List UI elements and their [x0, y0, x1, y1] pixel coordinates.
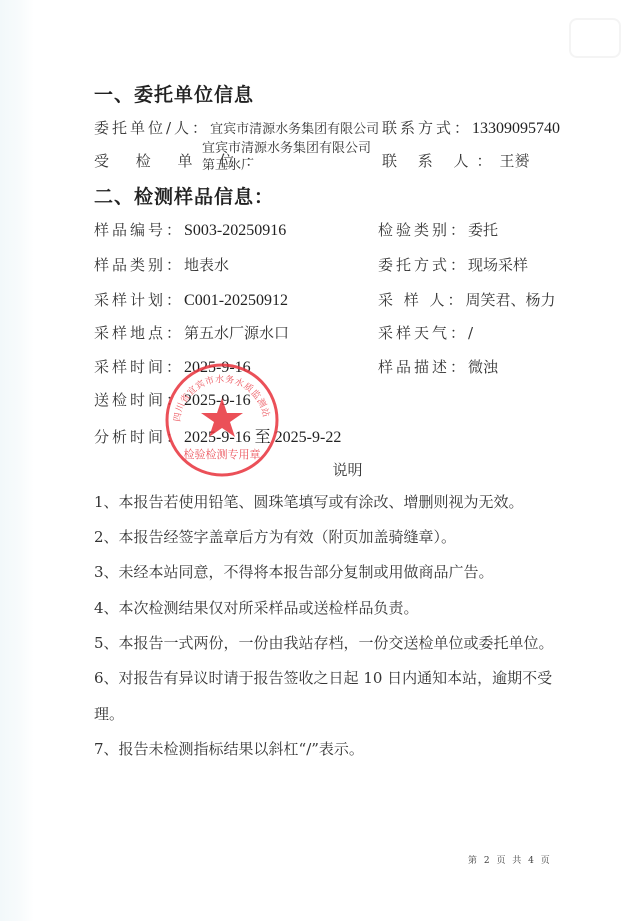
sample-field-left-0: 样品编号：S003-20250916 — [94, 219, 286, 240]
sampling-weather-value: / — [468, 324, 473, 342]
sampler-value: 周笑君、杨力 — [466, 291, 556, 309]
sample-field-right-1: 委托方式：现场采样 — [378, 254, 528, 275]
note-item-1: 1、本报告若使用铅笔、圆珠笔填写或有涂改、增删则视为无效。 — [94, 491, 524, 512]
analysis-time-label: 分析时间： — [94, 428, 184, 446]
contact-person-row: 联 系 人：王赟 — [382, 150, 530, 171]
sample-field-left-2: 采样计划：C001-20250912 — [94, 289, 288, 310]
analysis-time-value: 2025-9-16 至 2025-9-22 — [184, 429, 341, 446]
cma-logo-icon — [569, 18, 621, 58]
inspected-unit-value: 宜宾市清源水务集团有限公司 第五水厂 — [202, 140, 371, 174]
client-row: 委托单位/人：宜宾市清源水务集团有限公司 — [94, 117, 379, 138]
inspected-unit-value-line2: 第五水厂 — [202, 157, 371, 174]
sampling-time-value: 2025-9-16 — [184, 359, 251, 376]
inspection-type-label: 检验类别： — [378, 221, 468, 239]
commission-method-label: 委托方式： — [378, 256, 468, 274]
submission-time-value: 2025-9-16 — [184, 392, 251, 409]
sampling-plan-label: 采样计划： — [94, 291, 184, 309]
sample-type-label: 样品类别： — [94, 256, 184, 274]
sample-field-left-4: 采样时间：2025-9-16 — [94, 356, 251, 377]
contact-person-label: 联 系 人： — [382, 152, 500, 170]
sample-field-left-5: 送检时间：2025-9-16 — [94, 389, 251, 410]
note-item-5: 5、本报告一式两份，一份由我站存档，一份交送检单位或委托单位。 — [94, 632, 554, 653]
note-item-6-continued: 理。 — [94, 703, 124, 724]
contact-person-value: 王赟 — [500, 152, 530, 170]
note-item-4: 4、本次检测结果仅对所采样品或送检样品负责。 — [94, 597, 419, 618]
cma-watermark — [565, 18, 625, 82]
sample-id-value: S003-20250916 — [184, 222, 286, 239]
contact-method-row: 联系方式：13309095740 — [382, 117, 560, 138]
note-item-7: 7、报告未检测指标结果以斜杠“/”表示。 — [94, 738, 364, 759]
page-number: 第 2 页 共 4 页 — [468, 853, 552, 866]
submission-time-label: 送检时间： — [94, 391, 184, 409]
note-item-6: 6、对报告有异议时请于报告签收之日起 10 日内通知本站，逾期不受 — [94, 667, 552, 688]
sample-description-value: 微浊 — [468, 358, 498, 376]
inspection-type-value: 委托 — [468, 221, 498, 239]
client-label: 委托单位/人： — [94, 119, 210, 137]
sampling-location-value: 第五水厂源水口 — [184, 324, 289, 342]
section-heading-client-info: 一、委托单位信息 — [94, 80, 254, 107]
sampler-label: 采 样 人： — [378, 291, 466, 309]
sample-field-right-2: 采 样 人：周笑君、杨力 — [378, 289, 556, 310]
notes-title: 说明 — [26, 459, 643, 480]
sample-field-left-1: 样品类别：地表水 — [94, 254, 229, 275]
client-value: 宜宾市清源水务集团有限公司 — [210, 122, 379, 137]
sample-field-right-0: 检验类别：委托 — [378, 219, 498, 240]
section-heading-sample-info: 二、检测样品信息： — [94, 182, 274, 209]
sampling-weather-label: 采样天气： — [378, 324, 468, 342]
commission-method-value: 现场采样 — [468, 256, 528, 274]
sample-description-label: 样品描述： — [378, 358, 468, 376]
note-item-3: 3、未经本站同意，不得将本报告部分复制或用做商品广告。 — [94, 561, 494, 582]
contact-method-value: 13309095740 — [472, 120, 560, 137]
sampling-time-label: 采样时间： — [94, 358, 184, 376]
sample-field-right-4: 样品描述：微浊 — [378, 356, 498, 377]
sample-id-label: 样品编号： — [94, 221, 184, 239]
sampling-plan-value: C001-20250912 — [184, 292, 288, 309]
contact-method-label: 联系方式： — [382, 119, 472, 137]
note-item-2: 2、本报告经签字盖章后方为有效（附页加盖骑缝章）。 — [94, 526, 456, 547]
sample-type-value: 地表水 — [184, 256, 229, 274]
sample-field-left-3: 采样地点：第五水厂源水口 — [94, 322, 289, 343]
inspected-unit-value-line1: 宜宾市清源水务集团有限公司 — [202, 140, 371, 157]
sampling-location-label: 采样地点： — [94, 324, 184, 342]
sample-field-left-6: 分析时间：2025-9-16 至 2025-9-22 — [94, 424, 341, 447]
sample-field-right-3: 采样天气：/ — [378, 322, 473, 343]
